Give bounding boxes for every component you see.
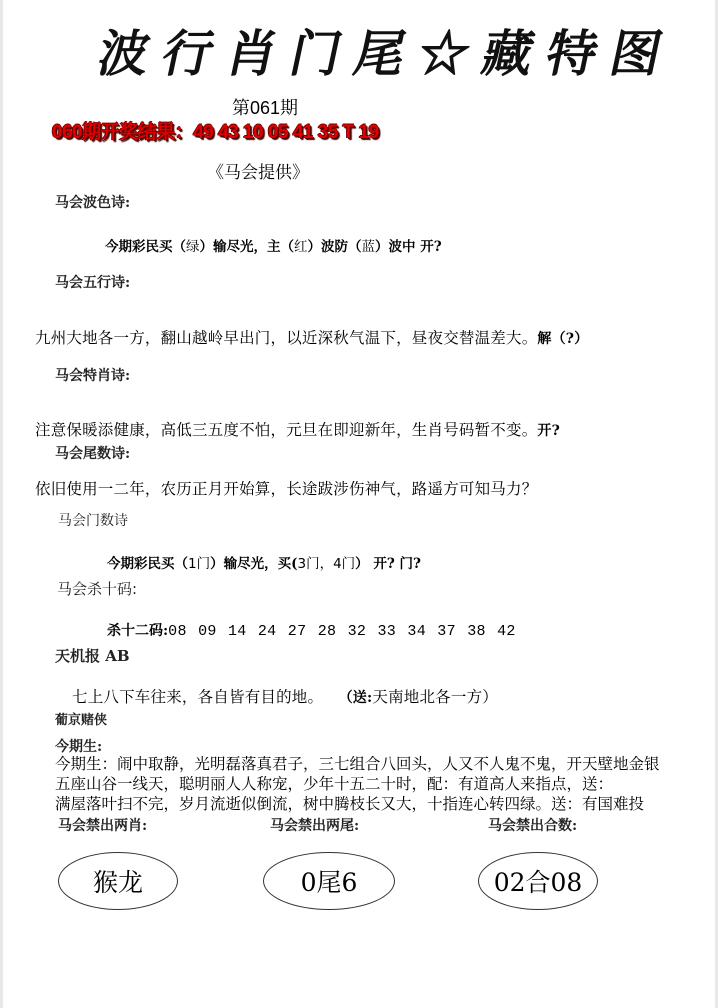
- gambler-line-1: 今期生：闹中取静，光明磊落真君子，三七组合八回头，人又不人鬼不鬼，开天壁地金银: [55, 754, 660, 774]
- door-poem-line: 今期彩民买（1门）输尽光，买(3门，4门） 开? 门?: [107, 552, 421, 572]
- tail-poem-label: 马会尾数诗:: [55, 443, 130, 463]
- tail-poem: 依旧使用一二年，农历正月开始算，长途跋涉伤神气，路遥方可知马力？: [35, 477, 537, 499]
- tianji-poem: 七上八下车往来，各自皆有目的地。 （送:天南地北各一方）: [72, 685, 498, 707]
- tianji-label: 天机报 AB: [55, 645, 130, 666]
- zodiac-poem-label: 马会特肖诗:: [55, 365, 130, 385]
- gambler-sub-label: 今期生:: [55, 736, 102, 756]
- gambler-label: 葡京赌侠: [55, 709, 107, 728]
- gambler-line-2: 五座山谷一线天，聪明丽人人称宠，少年十五二十时，配：有道高人来指点，送：: [55, 774, 660, 794]
- left-border: [0, 0, 3, 1008]
- banned-sum-label: 马会禁出合数:: [488, 815, 577, 835]
- five-elements-poem: 九州大地各一方，翻山越岭早出门，以近深秋气温下，昼夜交替温差大。解（?）: [35, 326, 588, 348]
- banned-zodiac-label: 马会禁出两肖:: [58, 815, 147, 835]
- gambler-line-3: 满屋落叶扫不完，岁月流逝似倒流，树中腾枝长又大，十指连心转四绿。送：有国难投: [55, 794, 660, 814]
- banned-zodiac-oval: 猴龙: [58, 852, 178, 910]
- wave-poem-line: 今期彩民买（绿）输尽光，主（红）波防（蓝）波中 开?: [105, 235, 442, 255]
- result-numbers: 49 43 10 05 41 35 T 19: [193, 122, 379, 143]
- kill-twelve-numbers: 杀十二码:08 09 14 24 27 28 32 33 34 37 38 42: [107, 620, 516, 640]
- zodiac-poem: 注意保暖添健康，高低三五度不怕，元旦在即迎新年，生肖号码暂不变。开?: [35, 418, 560, 440]
- wave-poem-label: 马会波色诗:: [55, 192, 130, 212]
- result-label: 060期开奖结果：: [52, 122, 193, 143]
- banned-tail-oval: 0尾6: [263, 852, 395, 910]
- five-elements-label: 马会五行诗:: [55, 272, 130, 292]
- banned-sum-value: 02合08: [494, 863, 583, 899]
- door-poem-label: 马会门数诗: [58, 510, 128, 530]
- page-title: 波行肖门尾☆藏特图: [92, 14, 683, 86]
- banned-zodiac-value: 猴龙: [93, 863, 143, 899]
- previous-result: 060期开奖结果：49 43 10 05 41 35 T 19: [52, 117, 379, 144]
- banned-sum-oval: 02合08: [478, 852, 598, 910]
- kill-label: 马会杀十码:: [57, 578, 137, 599]
- banned-tail-label: 马会禁出两尾:: [270, 815, 359, 835]
- gambler-text: 今期生：闹中取静，光明磊落真君子，三七组合八回头，人又不人鬼不鬼，开天壁地金银 …: [55, 754, 660, 814]
- provider-label: 《马会提供》: [207, 158, 309, 183]
- banned-tail-value: 0尾6: [301, 863, 358, 899]
